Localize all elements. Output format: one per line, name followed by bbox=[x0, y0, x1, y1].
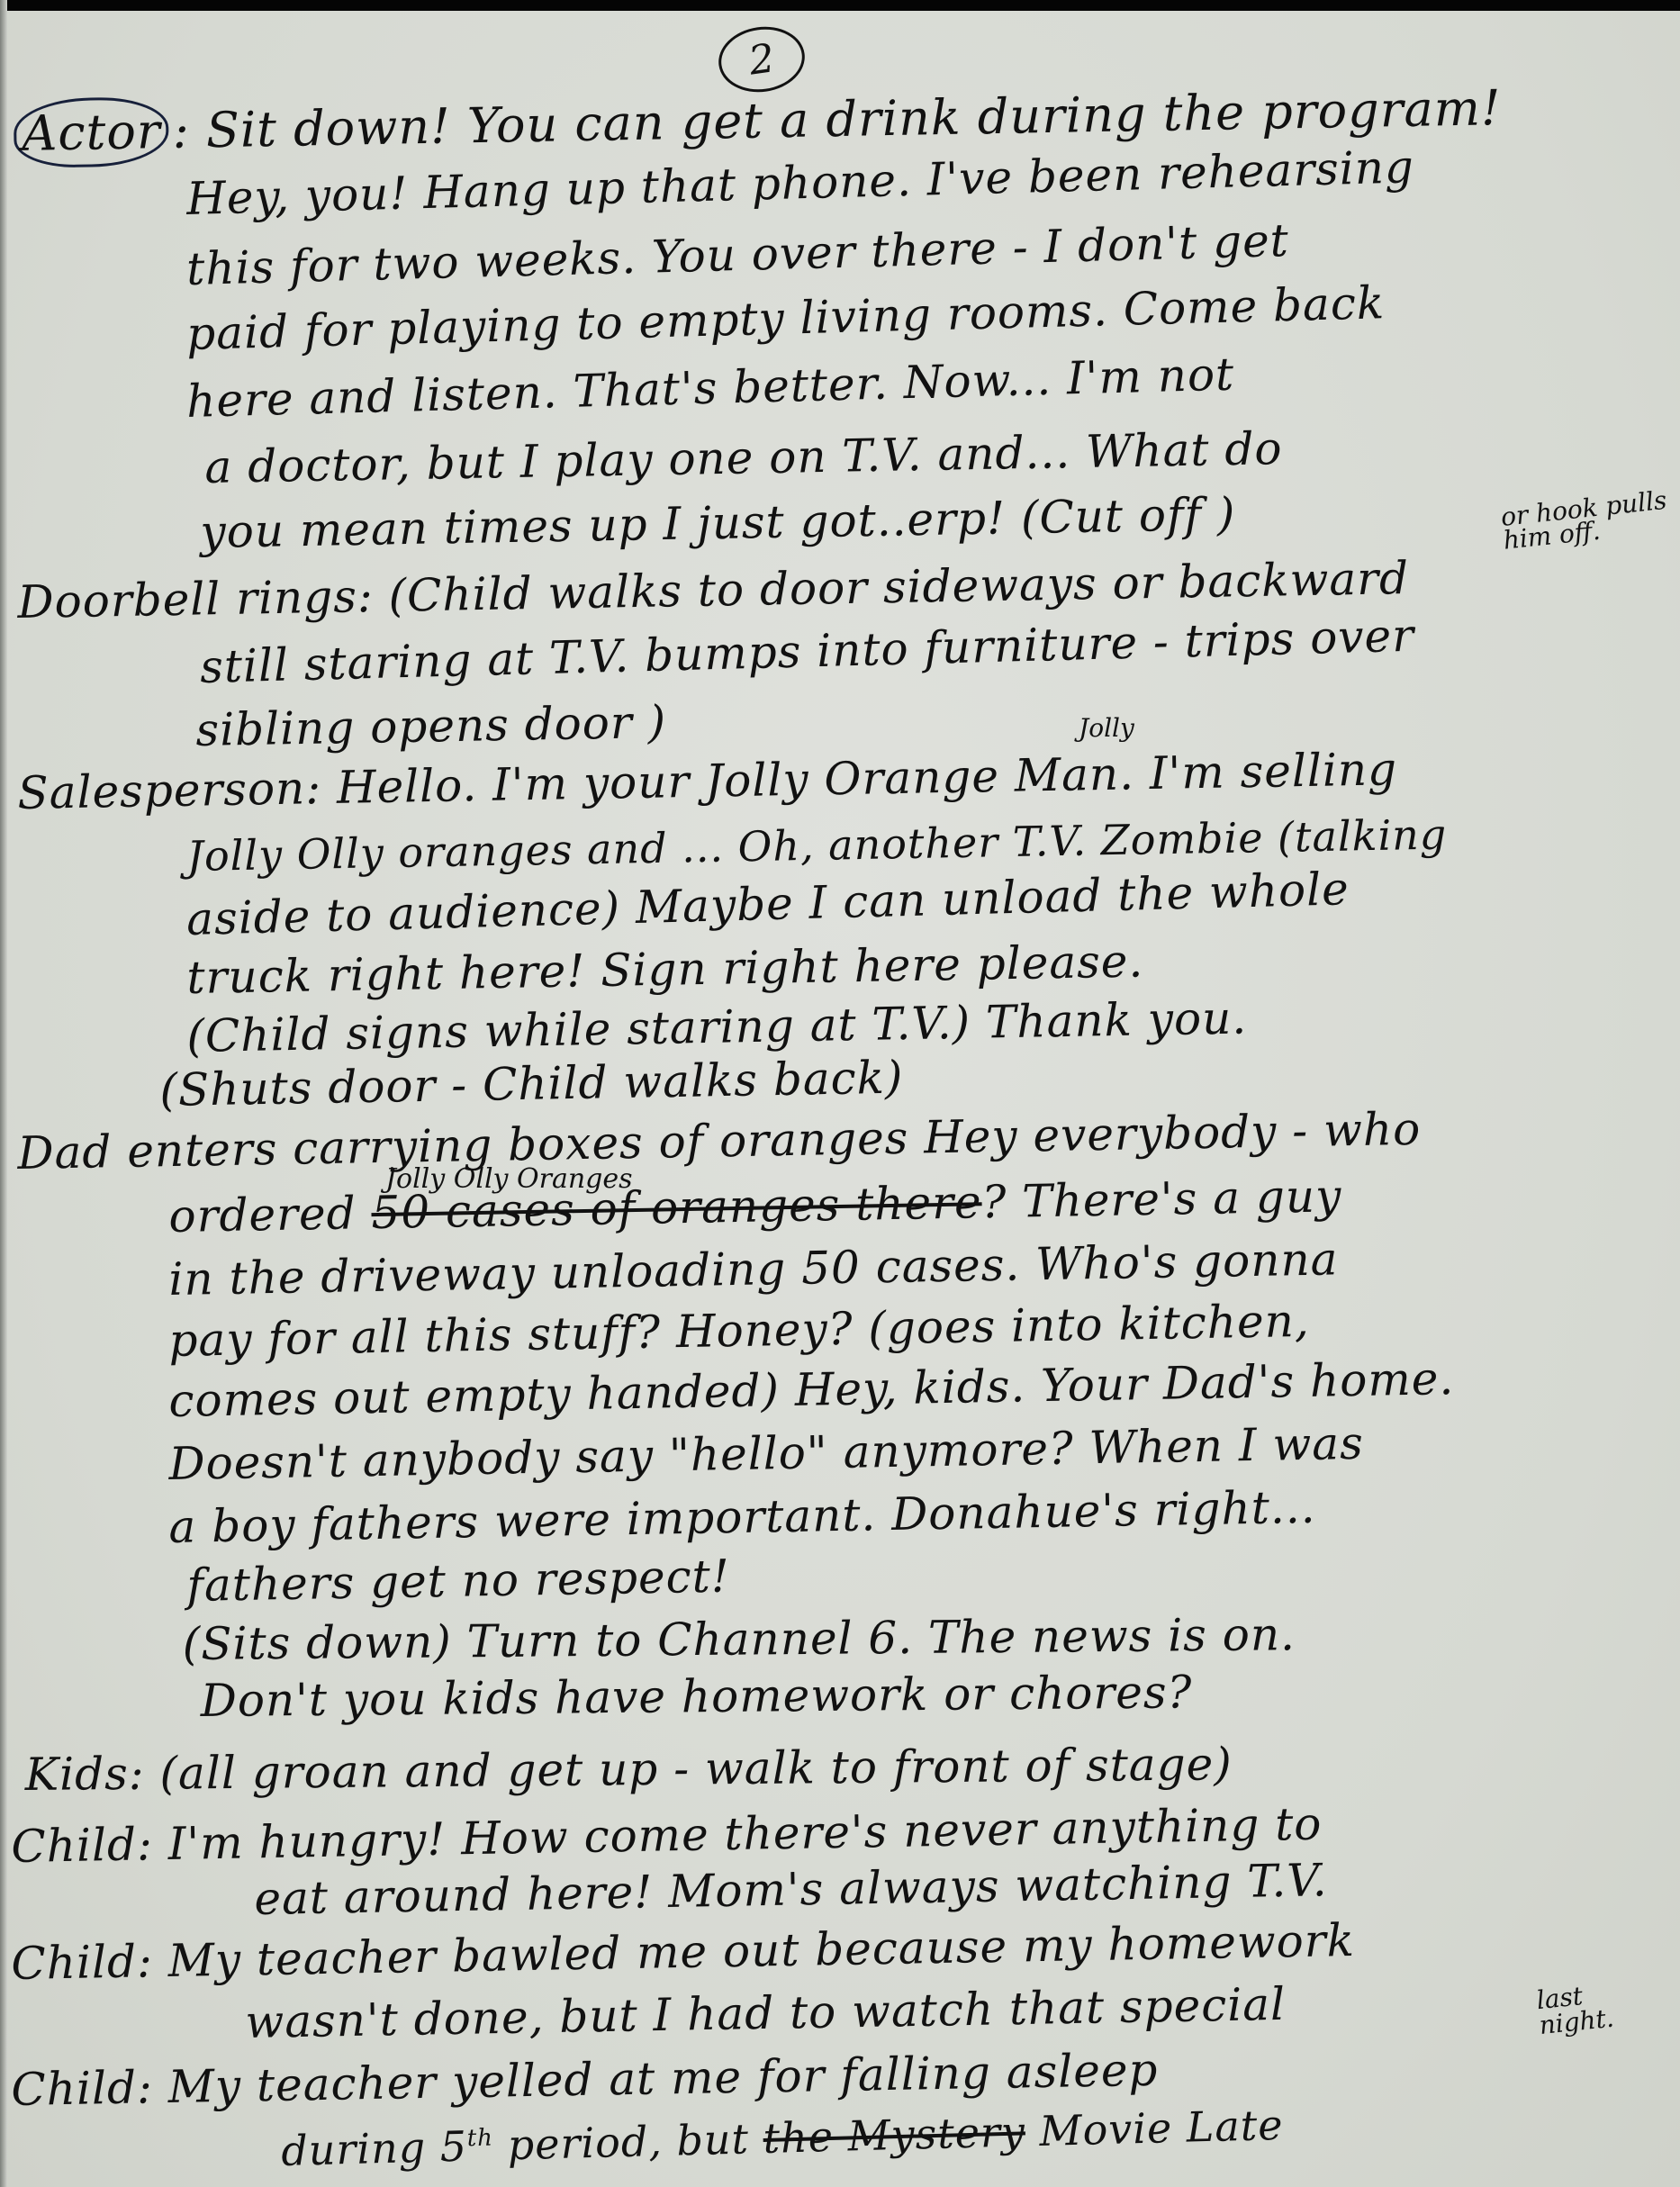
script-line: Child: My teacher bawled me out because … bbox=[11, 1914, 1355, 1990]
line-text-end: Movie Late bbox=[1039, 2101, 1284, 2155]
script-line: a doctor, but I play one on T.V. and... … bbox=[204, 422, 1283, 493]
line-text: enters carrying boxes of oranges Hey eve… bbox=[127, 1103, 1422, 1178]
line-text: truck right here! Sign right here please… bbox=[186, 935, 1144, 1004]
line-text: in the driveway unloading 50 cases. Who'… bbox=[168, 1233, 1339, 1306]
script-line: pay for all this stuff? Honey? (goes int… bbox=[168, 1295, 1310, 1367]
line-text: : My teacher yelled at me for falling as… bbox=[136, 2044, 1158, 2114]
script-line: truck right here! Sign right here please… bbox=[186, 935, 1144, 1004]
handwritten-page: 2 Actor: Sit down! You can get a drink d… bbox=[7, 11, 1680, 2187]
script-line: Kids: (all groan and get up - walk to fr… bbox=[24, 1738, 1232, 1801]
struck-text: 50 cases of oranges there bbox=[371, 1176, 982, 1239]
script-line: Don't you kids have homework or chores? bbox=[200, 1666, 1192, 1727]
line-text: : My teacher bawled me out because my ho… bbox=[136, 1914, 1355, 1988]
script-line: ordered 50 cases of oranges there? There… bbox=[168, 1170, 1342, 1243]
script-line: fathers get no respect! bbox=[186, 1550, 730, 1612]
margin-note-last-night: last night. bbox=[1535, 1977, 1648, 2038]
line-text-after: period, but bbox=[492, 2114, 749, 2169]
script-line: wasn't done, but I had to watch that spe… bbox=[245, 1978, 1287, 2048]
line-text: (Sits down) Turn to Channel 6. The news … bbox=[182, 1608, 1296, 1670]
speaker-label: Child bbox=[11, 1819, 137, 1873]
line-text-after: ? There's a guy bbox=[981, 1170, 1342, 1228]
line-text: here and listen. That's better. Now... I… bbox=[185, 348, 1234, 428]
script-line: Child: My teacher yelled at me for falli… bbox=[11, 2044, 1159, 2116]
speaker-label: Doorbell rings bbox=[17, 570, 357, 628]
struck-text: the Mystery bbox=[763, 2107, 1026, 2163]
page-number-text: 2 bbox=[746, 35, 778, 84]
line-text: wasn't done, but I had to watch that spe… bbox=[245, 1978, 1287, 2048]
script-line: in the driveway unloading 50 cases. Who'… bbox=[168, 1233, 1339, 1306]
script-line: here and listen. That's better. Now... I… bbox=[185, 348, 1234, 428]
script-line: a boy fathers were important. Donahue's … bbox=[168, 1481, 1316, 1553]
speaker-label: Actor bbox=[14, 96, 170, 168]
line-text: during 5 bbox=[281, 2122, 468, 2175]
script-line: (Child signs while staring at T.V.) Than… bbox=[186, 991, 1248, 1062]
line-text: Don't you kids have homework or chores? bbox=[200, 1666, 1192, 1727]
line-text: comes out empty handed) Hey, kids. Your … bbox=[168, 1352, 1455, 1427]
line-text: a boy fathers were important. Donahue's … bbox=[168, 1481, 1316, 1553]
script-line: (Sits down) Turn to Channel 6. The news … bbox=[182, 1608, 1296, 1670]
line-text: sibling opens door ) bbox=[195, 696, 667, 756]
line-text: fathers get no respect! bbox=[186, 1550, 730, 1612]
script-line: Doesn't anybody say "hello" anymore? Whe… bbox=[168, 1417, 1364, 1490]
line-text: pay for all this stuff? Honey? (goes int… bbox=[168, 1295, 1310, 1367]
line-text: ordered bbox=[168, 1187, 357, 1243]
line-text: : (Child walks to door sideways or backw… bbox=[357, 552, 1409, 622]
speaker-label: Salesperson bbox=[17, 762, 306, 819]
script-line: sibling opens door ) bbox=[195, 696, 667, 756]
line-text: : Hello. I'm your Jolly Orange Man. I'm … bbox=[305, 743, 1398, 814]
margin-note-hook: or hook pulls him off. bbox=[1500, 488, 1675, 553]
speaker-label: Dad bbox=[17, 1125, 113, 1179]
superscript: th bbox=[466, 2125, 493, 2153]
script-line: you mean times up I just got..erp! (Cut … bbox=[200, 488, 1236, 558]
speaker-label: Child bbox=[11, 2062, 137, 2116]
script-line: during 5th period, but the Mystery Movie… bbox=[281, 2101, 1285, 2175]
insert-jolly: Jolly bbox=[1079, 713, 1134, 743]
speaker-label: Kids bbox=[24, 1748, 129, 1801]
line-text: (Shuts door - Child walks back) bbox=[159, 1052, 904, 1116]
line-text: Doesn't anybody say "hello" anymore? Whe… bbox=[168, 1417, 1364, 1490]
scan-top-border bbox=[0, 0, 1680, 11]
scan-left-edge bbox=[0, 0, 7, 2187]
script-line: comes out empty handed) Hey, kids. Your … bbox=[168, 1352, 1455, 1427]
line-text: you mean times up I just got..erp! (Cut … bbox=[200, 488, 1236, 558]
speaker-label: Child bbox=[11, 1936, 137, 1990]
script-line: (Shuts door - Child walks back) bbox=[159, 1052, 904, 1116]
line-text: a doctor, but I play one on T.V. and... … bbox=[204, 422, 1283, 493]
line-text: (Child signs while staring at T.V.) Than… bbox=[186, 991, 1248, 1062]
line-text: : (all groan and get up - walk to front … bbox=[129, 1738, 1233, 1800]
